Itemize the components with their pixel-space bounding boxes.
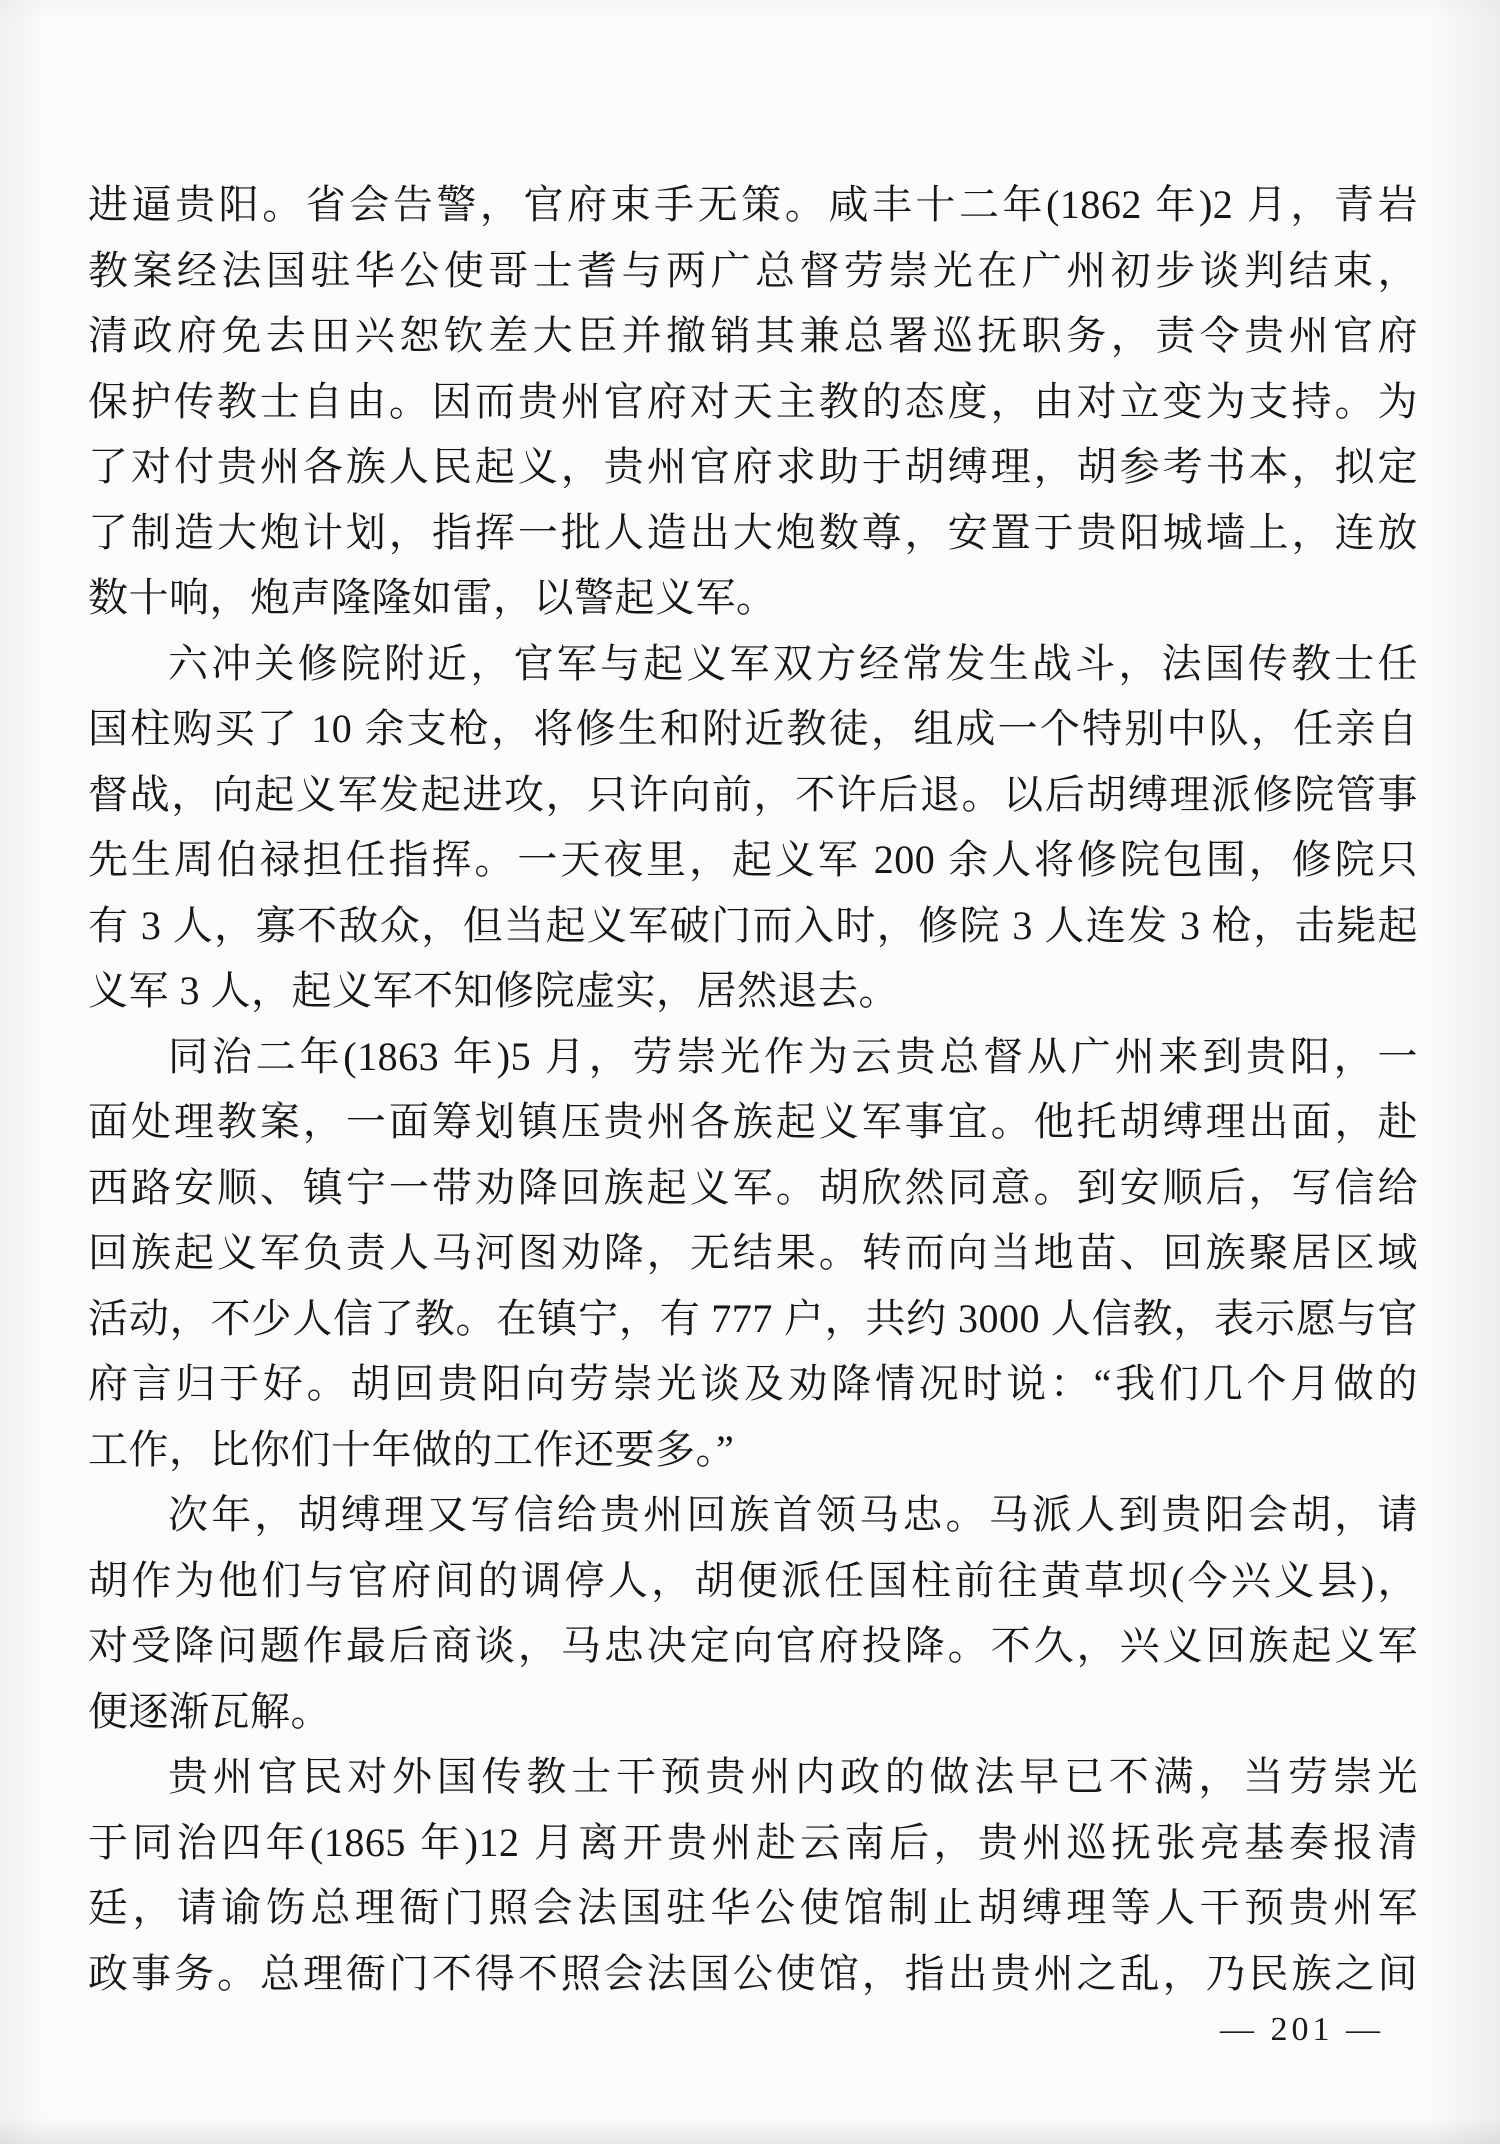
text-line: 了对付贵州各族人民起义，贵州官府求助于胡缚理，胡参考书本，拟定 xyxy=(88,434,1418,500)
text-line: 同治二年(1863 年)5 月，劳崇光作为云贵总督从广州来到贵阳，一 xyxy=(88,1024,1418,1090)
text-line: 便逐渐瓦解。 xyxy=(88,1679,1418,1745)
text-line: 于同治四年(1865 年)12 月离开贵州赴云南后，贵州巡抚张亮基奏报清 xyxy=(88,1810,1418,1876)
text-line: 贵州官民对外国传教士干预贵州内政的做法早已不满，当劳崇光 xyxy=(88,1744,1418,1810)
text-line: 保护传教士自由。因而贵州官府对天主教的态度，由对立变为支持。为 xyxy=(88,369,1418,435)
text-line: 回族起义军负责人马河图劝降，无结果。转而向当地苗、回族聚居区域 xyxy=(88,1220,1418,1286)
text-line: 活动，不少人信了教。在镇宁，有 777 户，共约 3000 人信教，表示愿与官 xyxy=(88,1286,1418,1352)
text-line: 次年，胡缚理又写信给贵州回族首领马忠。马派人到贵阳会胡，请 xyxy=(88,1482,1418,1548)
text-line: 廷，请谕饬总理衙门照会法国驻华公使馆制止胡缚理等人干预贵州军 xyxy=(88,1875,1418,1941)
text-line: 对受降问题作最后商谈，马忠决定向官府投降。不久，兴义回族起义军 xyxy=(88,1613,1418,1679)
text-line: 教案经法国驻华公使哥士耆与两广总督劳崇光在广州初步谈判结束， xyxy=(88,238,1418,304)
text-line: 面处理教案，一面筹划镇压贵州各族起义军事宜。他托胡缚理出面，赴 xyxy=(88,1089,1418,1155)
text-line: 督战，向起义军发起进攻，只许向前，不许后退。以后胡缚理派修院管事 xyxy=(88,762,1418,828)
book-page-scan: 进逼贵阳。省会告警，官府束手无策。咸丰十二年(1862 年)2 月，青岩 教案经… xyxy=(0,0,1500,2144)
text-line: 清政府免去田兴恕钦差大臣并撤销其兼总署巡抚职务，责令贵州官府 xyxy=(88,303,1418,369)
text-line: 了制造大炮计划，指挥一批人造出大炮数尊，安置于贵阳城墙上，连放 xyxy=(88,500,1418,566)
text-line: 先生周伯禄担任指挥。一天夜里，起义军 200 余人将修院包围，修院只 xyxy=(88,827,1418,893)
text-line: 府言归于好。胡回贵阳向劳崇光谈及劝降情况时说：“我们几个月做的 xyxy=(88,1351,1418,1417)
text-line: 政事务。总理衙门不得不照会法国公使馆，指出贵州之乱，乃民族之间 xyxy=(88,1941,1418,2007)
text-line: 数十响，炮声隆隆如雷，以警起义军。 xyxy=(88,565,1418,631)
text-line: 国柱购买了 10 余支枪，将修生和附近教徒，组成一个特别中队，任亲自 xyxy=(88,696,1418,762)
body-text: 进逼贵阳。省会告警，官府束手无策。咸丰十二年(1862 年)2 月，青岩 教案经… xyxy=(88,172,1418,2006)
text-line: 胡作为他们与官府间的调停人，胡便派任国柱前往黄草坝(今兴义县)， xyxy=(88,1548,1418,1614)
text-line: 义军 3 人，起义军不知修院虚实，居然退去。 xyxy=(88,958,1418,1024)
text-line: 工作，比你们十年做的工作还要多。” xyxy=(88,1417,1418,1483)
text-line: 六冲关修院附近，官军与起义军双方经常发生战斗，法国传教士任 xyxy=(88,631,1418,697)
page-number-label: — 201 — xyxy=(1220,2011,1384,2048)
text-line: 西路安顺、镇宁一带劝降回族起义军。胡欣然同意。到安顺后，写信给 xyxy=(88,1155,1418,1221)
text-line: 有 3 人，寡不敌众，但当起义军破门而入时，修院 3 人连发 3 枪，击毙起 xyxy=(88,893,1418,959)
page-number: — 201 — xyxy=(1220,2010,1384,2050)
text-line: 进逼贵阳。省会告警，官府束手无策。咸丰十二年(1862 年)2 月，青岩 xyxy=(88,172,1418,238)
